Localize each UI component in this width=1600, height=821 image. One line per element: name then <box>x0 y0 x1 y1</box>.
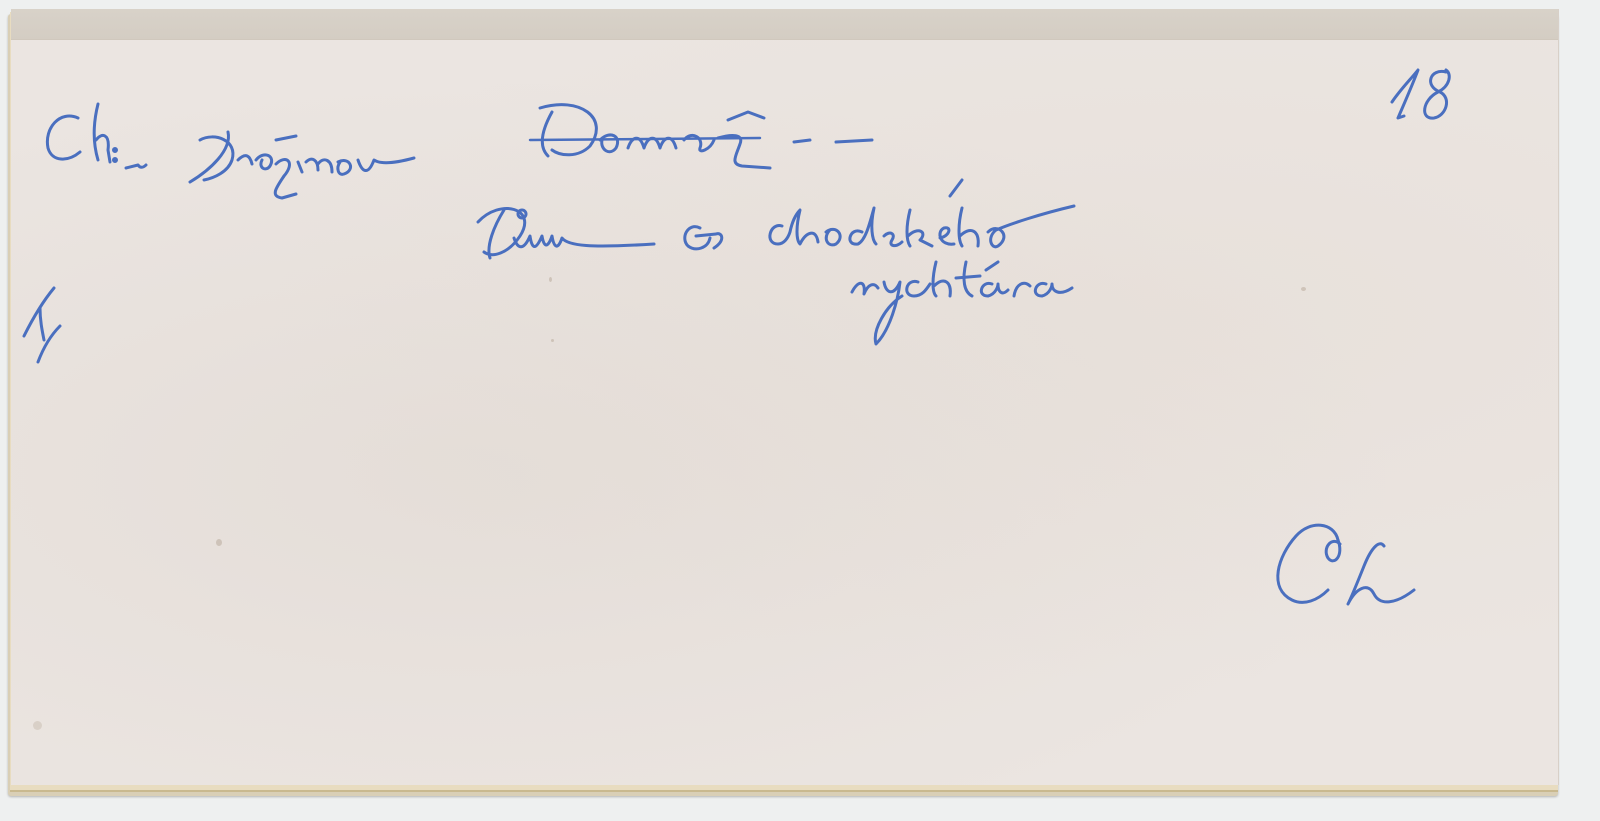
paper-speck <box>549 277 552 282</box>
paper-speck <box>551 339 554 342</box>
paper-speck <box>33 721 42 730</box>
paper-speck <box>216 539 222 546</box>
paper-speck <box>1301 287 1306 291</box>
card-top-band <box>11 9 1558 40</box>
